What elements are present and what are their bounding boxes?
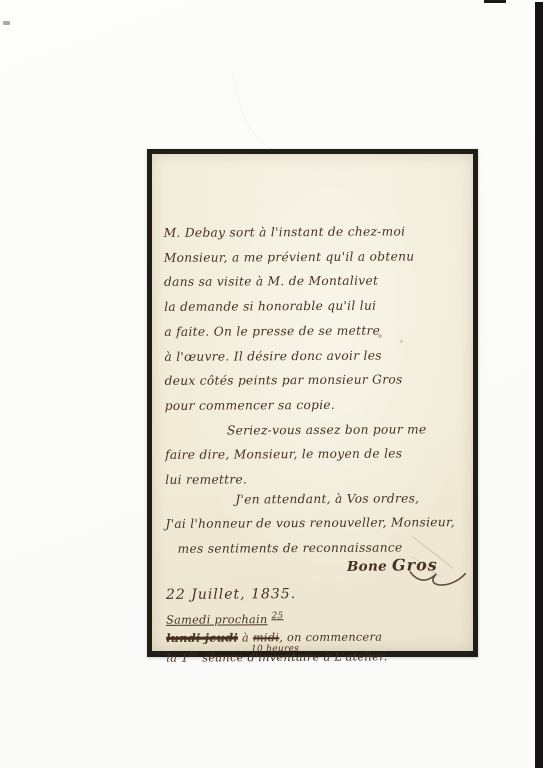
letter-body: M. Debay sort à l'instant de chez-moi Mo… <box>164 219 469 667</box>
handwriting-line: M. Debay sort à l'instant de chez-moi <box>164 219 466 246</box>
handwriting-line: Monsieur, a me prévient qu'il a obtenu <box>164 244 466 271</box>
handwriting-line: a faite. On le presse de se mettre <box>164 318 466 345</box>
signature-title: Bone <box>347 558 387 574</box>
handwriting-line: à l'œuvre. Il désire donc avoir les <box>164 343 466 370</box>
handwriting-line: pour commencer sa copie. <box>165 392 467 419</box>
postscript-day: Samedi prochain <box>166 613 268 627</box>
scanner-corner-mark <box>3 21 10 25</box>
scanner-edge-strip <box>535 2 543 768</box>
postscript-line: Samedi prochain 25 <box>166 607 468 629</box>
struck-text: lundi jeudi <box>166 630 238 644</box>
postscript-text: à <box>242 631 249 644</box>
ordinal-superscript: re <box>189 650 199 660</box>
handwriting-line: Seriez-vous assez bon pour me <box>227 417 467 443</box>
correction: midi10 heures <box>253 630 279 647</box>
letter-photo-frame: M. Debay sort à l'instant de chez-moi Mo… <box>147 149 478 657</box>
handwriting-line: la demande si honorable qu'il lui <box>164 293 466 320</box>
postscript-day-number: 25 <box>271 611 283 621</box>
postscript-line: la 1re séance d'inventaire à L'atelier. <box>166 645 468 667</box>
postscript: Samedi prochain 25 lundi jeudi à midi10 … <box>166 607 468 667</box>
inserted-text: 10 heures <box>251 641 299 658</box>
handwriting-line: J'ai l'honneur de vous renouveller, Mons… <box>165 511 467 538</box>
scanner-top-edge-mark <box>484 0 506 3</box>
handwriting-line: dans sa visite à M. de Montalivet <box>164 268 466 295</box>
postscript-line: lundi jeudi à midi10 heures, on commence… <box>166 628 468 647</box>
postscript-text: la 1 <box>166 652 188 665</box>
handwriting-line: faire dire, Monsieur, le moyen de les <box>165 441 467 468</box>
scan-background: M. Debay sort à l'instant de chez-moi Mo… <box>0 0 543 768</box>
signature: Bone Gros <box>166 553 468 581</box>
letter-paper: M. Debay sort à l'instant de chez-moi Mo… <box>152 154 473 651</box>
handwriting-line: J'en attendant, à Vos ordres, <box>235 486 467 512</box>
signature-flourish-icon <box>408 563 472 606</box>
handwriting-line: deux côtés peints par monsieur Gros <box>165 367 467 394</box>
